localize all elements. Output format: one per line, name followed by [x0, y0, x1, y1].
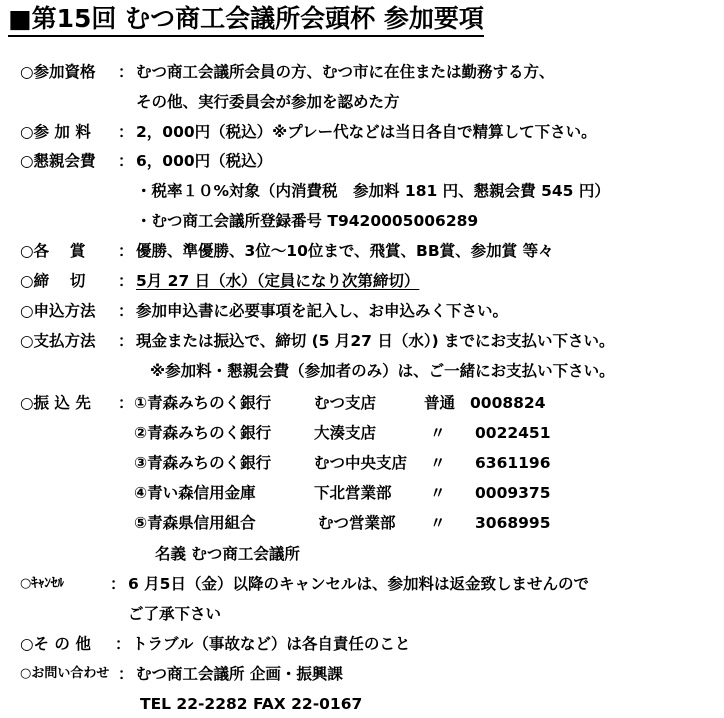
registration-number-note: ・むつ商工会議所登録番号 T9420005006289 [136, 211, 478, 231]
party-fee-row: ○懇親会費 ： 6，000円（税込） [0, 151, 724, 173]
account-type: 〃 [430, 513, 446, 533]
application-value: 参加申込書に必要事項を記入し、お申込みく下さい。 [136, 301, 508, 321]
bank-row-3: ③青森みちのく銀行 むつ中央支店 〃 6361196 [0, 453, 724, 475]
bank-row-4: ④青い森信用金庫 下北営業部 〃 0009375 [0, 483, 724, 505]
eligibility-line-1: むつ商工会議所会員の方、むつ市に在住または勤務する方、 [136, 62, 555, 82]
payment-note: ※参加料・懇親会費（参加者のみ）は、ご一緒にお支払い下さい。 [150, 361, 615, 381]
bank-row-1: ①青森みちのく銀行 むつ支店 普通 0008824 [0, 393, 724, 415]
payment-label: ○支払方法 [20, 331, 96, 351]
contact-line-1: むつ商工会議所 企画・振興課 [136, 664, 343, 684]
bank-branch: 大湊支店 [314, 423, 376, 443]
deadline-colon: ： [118, 271, 134, 291]
eligibility-line-2: その他、実行委員会が参加を認めた方 [136, 92, 400, 112]
payment-row: ○支払方法 ： 現金または振込で、締切 (5 月27 日（水）) までにお支払い… [0, 331, 724, 353]
bank-branch: むつ中央支店 [314, 453, 407, 473]
eligibility-row: ○参加資格 ： むつ商工会議所会員の方、むつ市に在住または勤務する方、 [0, 62, 724, 84]
account-type: 普通 [424, 393, 455, 413]
cancel-label: ○ｷｬﾝｾﾙ [20, 574, 64, 594]
prizes-label: ○各 賞 [20, 241, 85, 261]
fee-colon: ： [118, 122, 134, 142]
bank-row-2: ②青森みちのく銀行 大湊支店 〃 0022451 [0, 423, 724, 445]
party-fee-value: 6，000円（税込） [136, 151, 272, 171]
bank-name: ③青森みちのく銀行 [134, 453, 271, 473]
cancel-colon: ： [110, 574, 126, 594]
other-row: ○そ の 他 ： トラブル（事故など）は各自責任のこと [0, 634, 724, 656]
eligibility-colon: ： [118, 62, 134, 82]
fee-row: ○参 加 料 ： 2，000円（税込）※プレー代などは当日各自で精算して下さい。 [0, 122, 724, 144]
application-row: ○申込方法 ： 参加申込書に必要事項を記入し、お申込みく下さい。 [0, 301, 724, 323]
prizes-colon: ： [118, 241, 134, 261]
bank-branch: むつ支店 [314, 393, 376, 413]
contact-phone-fax: TEL 22-2282 FAX 22-0167 [140, 694, 362, 714]
cancel-row: ○ｷｬﾝｾﾙ ： 6 月5日（金）以降のキャンセルは、参加料は返金致しませんので [0, 574, 724, 596]
fee-value: 2，000円（税込）※プレー代などは当日各自で精算して下さい。 [136, 122, 597, 142]
bank-branch: 下北営業部 [314, 483, 392, 503]
account-holder: 名義 むつ商工会議所 [155, 544, 300, 564]
other-label: ○そ の 他 [20, 634, 91, 654]
cancel-line-1: 6 月5日（金）以降のキャンセルは、参加料は返金致しませんので [128, 574, 589, 594]
other-colon: ： [115, 634, 131, 654]
payment-colon: ： [118, 331, 134, 351]
contact-colon: ： [118, 664, 134, 684]
deadline-row: ○締 切 ： 5月 27 日（水）（定員になり次第締切） [0, 271, 724, 293]
other-value: トラブル（事故など）は各自責任のこと [132, 634, 410, 654]
account-type: 〃 [430, 483, 446, 503]
eligibility-label: ○参加資格 [20, 62, 96, 82]
application-label: ○申込方法 [20, 301, 96, 321]
deadline-value: 5月 27 日（水）（定員になり次第締切） [136, 271, 419, 291]
deadline-label: ○締 切 [20, 271, 85, 291]
prizes-value: 優勝、準優勝、3位～10位まで、飛賞、BB賞、参加賞 等々 [136, 241, 554, 261]
account-number: 0022451 [475, 423, 551, 443]
page-title: ■第15回 むつ商工会議所会頭杯 参加要項 [8, 4, 484, 37]
party-fee-colon: ： [118, 151, 134, 171]
account-number: 6361196 [475, 453, 551, 473]
bank-name: ②青森みちのく銀行 [134, 423, 271, 443]
account-number: 0008824 [470, 393, 546, 413]
account-number: 0009375 [475, 483, 551, 503]
bank-name: ④青い森信用金庫 [134, 483, 256, 503]
bank-row-5: ⑤青森県信用組合 むつ営業部 〃 3068995 [0, 513, 724, 535]
contact-row: ○お問い合わせ ： むつ商工会議所 企画・振興課 [0, 664, 724, 686]
contact-label: ○お問い合わせ [20, 664, 109, 684]
account-type: 〃 [430, 453, 446, 473]
bank-branch: むつ営業部 [318, 513, 396, 533]
payment-value: 現金または振込で、締切 (5 月27 日（水）) までにお支払い下さい。 [136, 331, 615, 351]
bank-name: ①青森みちのく銀行 [134, 393, 271, 413]
prizes-row: ○各 賞 ： 優勝、準優勝、3位～10位まで、飛賞、BB賞、参加賞 等々 [0, 241, 724, 263]
account-number: 3068995 [475, 513, 551, 533]
cancel-line-2: ご了承下さい [128, 604, 221, 624]
application-colon: ： [118, 301, 134, 321]
party-fee-label: ○懇親会費 [20, 151, 96, 171]
tax-note: ・税率１０%対象（内消費税 参加料 181 円、懇親会費 545 円） [136, 181, 610, 201]
fee-label: ○参 加 料 [20, 122, 91, 142]
bank-name: ⑤青森県信用組合 [134, 513, 256, 533]
account-type: 〃 [430, 423, 446, 443]
